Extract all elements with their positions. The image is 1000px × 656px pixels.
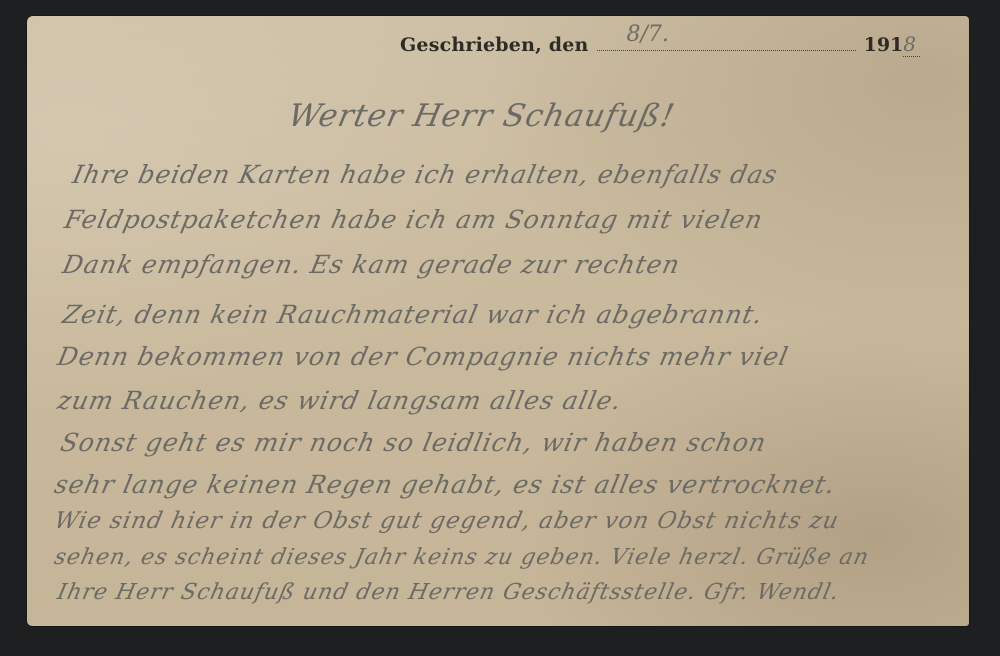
letter-line: zum Rauchen, es wird langsam alles alle. — [55, 386, 625, 415]
letter-line: sehen, es scheint dieses Jahr keins zu g… — [52, 545, 872, 570]
letter-line: Sonst geht es mir noch so leidlich, wir … — [58, 428, 769, 457]
letter-line: Denn bekommen von der Compagnie nichts m… — [55, 342, 791, 371]
letter-line: Dank empfangen. Es kam gerade zur rechte… — [60, 250, 683, 279]
letter-line: Feldpostpaketchen habe ich am Sonntag mi… — [62, 205, 766, 234]
printed-date-line: Geschrieben, den 8/7. 191 8 — [400, 32, 920, 62]
letter-signature-line: Ihre Herr Schaufuß und den Herren Geschä… — [55, 580, 842, 605]
letter-salutation: Werter Herr Schaufuß! — [285, 98, 678, 134]
handwritten-year-digit: 8 — [903, 32, 920, 57]
letter-line: Ihre beiden Karten habe ich erhalten, eb… — [70, 160, 781, 189]
date-fill-line: 8/7. — [597, 32, 856, 51]
written-on-label: Geschrieben, den — [400, 34, 589, 56]
letter-line: Wie sind hier in der Obst gut gegend, ab… — [52, 508, 842, 534]
printed-year-prefix: 191 — [864, 34, 904, 56]
handwritten-date: 8/7. — [627, 22, 669, 47]
letter-line: sehr lange keinen Regen gehabt, es ist a… — [52, 470, 838, 499]
letter-line: Zeit, denn kein Rauchmaterial war ich ab… — [60, 300, 766, 329]
